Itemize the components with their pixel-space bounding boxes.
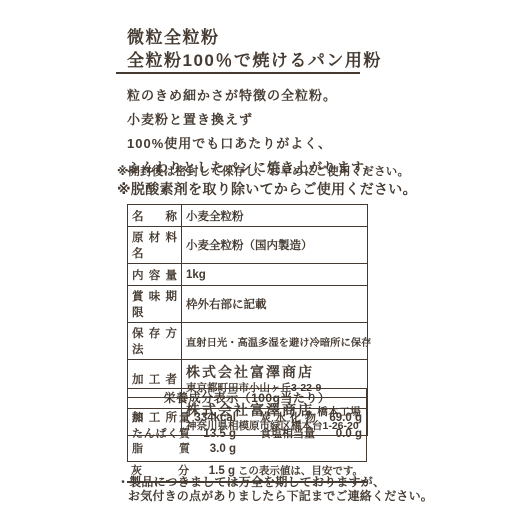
nutrition-row: たんぱく質 13.5 g 食塩相当量 0.0 g <box>132 427 362 443</box>
spec-value: 直射日光・高温多湿を避け冷暗所に保存 <box>182 323 368 360</box>
nutrient-label-empty <box>260 442 316 458</box>
table-row: 賞味期限 枠外右部に記載 <box>128 286 368 323</box>
intro-line: 粒のきめ細かさが特徴の全粒粉。 <box>127 84 378 108</box>
nutrition-title: 栄養成分表示（100g当たり） <box>128 389 366 409</box>
spacer <box>236 411 260 427</box>
spec-value: 小麦全粒粉 <box>182 205 368 227</box>
spec-label: 内容量 <box>128 264 182 286</box>
spec-value: 小麦全粒粉（国内製造） <box>182 227 368 264</box>
table-row: 名称 小麦全粒粉 <box>128 205 368 227</box>
table-row: 原材料名 小麦全粒粉（国内製造） <box>128 227 368 264</box>
nutrition-row: 熱量 334kcal 炭水化物 69.0 g <box>132 411 362 427</box>
nutrient-value: 3.0 g <box>190 442 236 458</box>
nutrient-label: 熱量 <box>132 411 190 427</box>
table-row: 内容量 1kg <box>128 264 368 286</box>
spec-label: 名称 <box>128 205 182 227</box>
nutrition-row: 脂質 3.0 g <box>132 442 362 458</box>
processor-company-name: 株式会社富澤商店 <box>186 362 363 382</box>
nutrient-value: 334kcal <box>190 411 236 427</box>
usage-note-storage: ※開封後は密封して保存し、お早めにご使用ください。 <box>117 165 417 180</box>
spec-label: 保存方法 <box>128 323 182 360</box>
nutrient-value: 69.0 g <box>316 411 362 427</box>
nutrient-value: 0.0 g <box>316 427 362 443</box>
nutrient-label: 脂質 <box>132 442 190 458</box>
spec-value: 1kg <box>182 264 368 286</box>
nutrition-body: 熱量 334kcal 炭水化物 69.0 g たんぱく質 13.5 g 食塩相当… <box>128 409 366 461</box>
product-title-line2: 全粒粉100％で焼けるパン用粉 <box>127 49 382 72</box>
spacer <box>236 442 260 458</box>
usage-notes: ※開封後は密封して保存し、お早めにご使用ください。 ※脱酸素剤を取り除いてからご… <box>117 165 417 198</box>
nutrition-box: 栄養成分表示（100g当たり） 熱量 334kcal 炭水化物 69.0 g た… <box>127 388 367 462</box>
nutrient-label: 炭水化物 <box>260 411 316 427</box>
product-title: 微粒全粒粉 全粒粉100％で焼けるパン用粉 <box>127 26 382 72</box>
nutrient-value-empty <box>316 442 362 458</box>
table-row: 保存方法 直射日光・高温多湿を避け冷暗所に保存 <box>128 323 368 360</box>
title-underline <box>116 72 360 74</box>
nutrient-label: たんぱく質 <box>132 427 190 443</box>
spacer <box>236 427 260 443</box>
contact-note-line2: お気付きの点がありましたら下記までご連絡ください。 <box>117 490 433 504</box>
intro-line: 100%使用でも口あたりがよく、 <box>127 132 378 156</box>
intro-line: 小麦粉と置き換えず <box>127 108 378 132</box>
spec-label: 原材料名 <box>128 227 182 264</box>
nutrient-label: 食塩相当量 <box>260 427 316 443</box>
nutrient-value: 13.5 g <box>190 427 236 443</box>
spec-value: 枠外右部に記載 <box>182 286 368 323</box>
usage-note-deoxidizer: ※脱酸素剤を取り除いてからご使用ください。 <box>117 180 417 198</box>
contact-note: ・製品につきましては万全を期しておりますが、 お気付きの点がありましたら下記まで… <box>117 476 433 503</box>
nutrition-panel: 栄養成分表示（100g当たり） 熱量 334kcal 炭水化物 69.0 g た… <box>127 388 367 483</box>
contact-note-line1: ・製品につきましては万全を期しておりますが、 <box>117 476 433 490</box>
spec-label: 賞味期限 <box>128 286 182 323</box>
product-title-line1: 微粒全粒粉 <box>127 26 382 49</box>
product-label: 微粒全粒粉 全粒粉100％で焼けるパン用粉 粒のきめ細かさが特徴の全粒粉。 小麦… <box>0 0 510 510</box>
